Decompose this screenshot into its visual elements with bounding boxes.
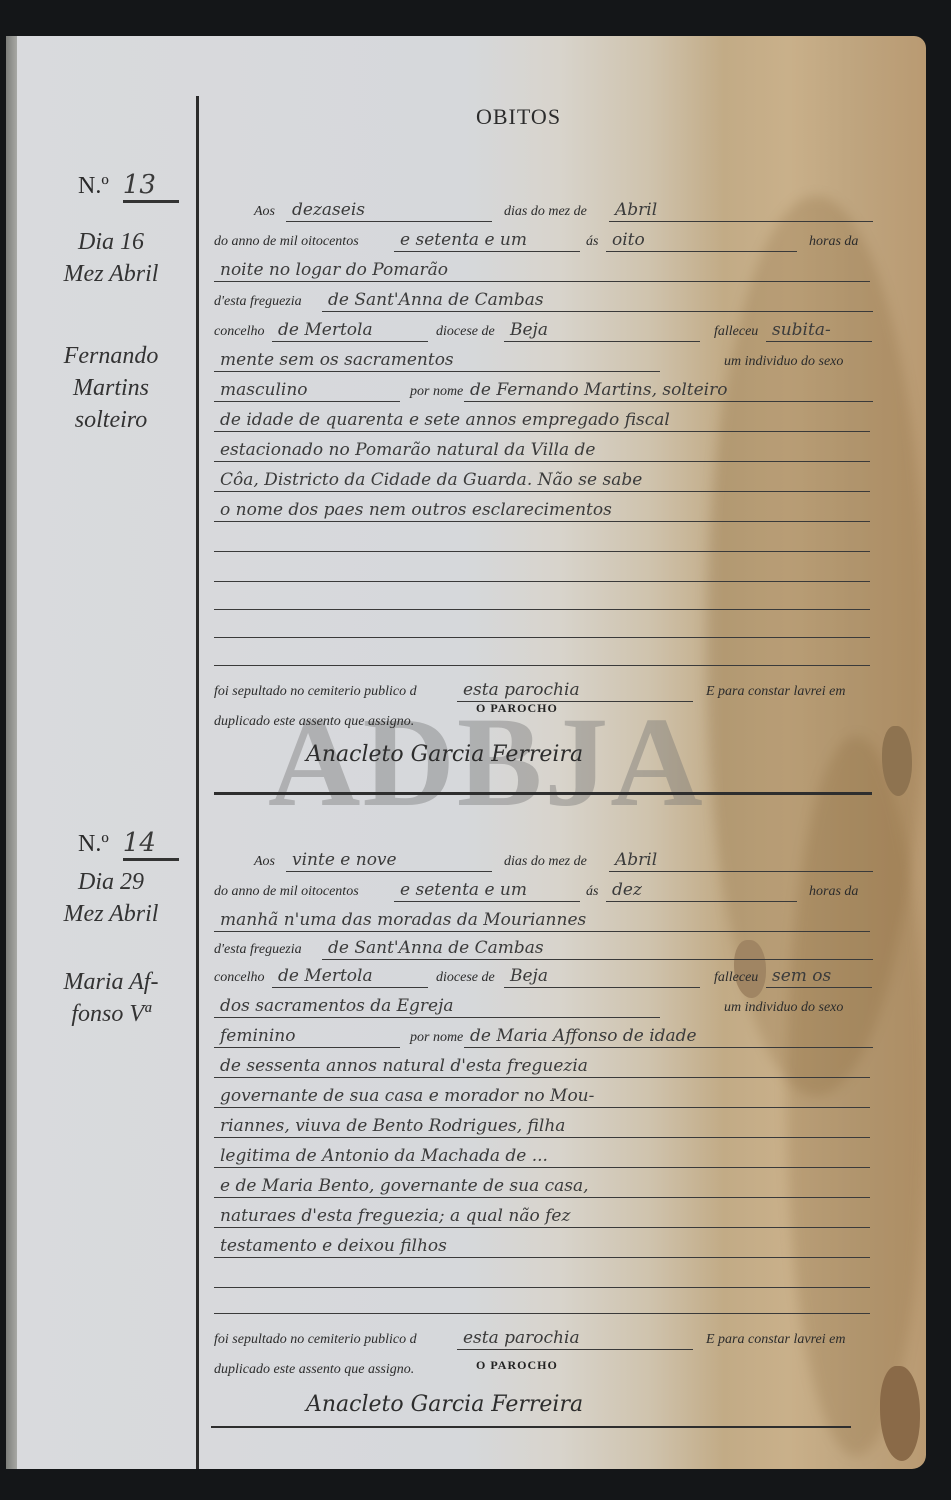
field-parish: de Sant'Anna de Cambas bbox=[322, 937, 873, 960]
text-value: riannes, viuva de Bento Rodrigues, filha bbox=[214, 1115, 870, 1138]
text-value: Côa, Districto da Cidade da Guarda. Não … bbox=[214, 469, 870, 492]
label: Aos bbox=[254, 204, 275, 220]
line-place: noite no logar do Pomarão bbox=[214, 256, 869, 284]
parocho-label: O PAROCHO bbox=[476, 701, 558, 716]
margin-rule bbox=[196, 96, 199, 1469]
line-freguezia: d'esta freguezia de Sant'Anna de Cambas bbox=[214, 934, 869, 962]
line-aos: Aos dezaseis dias do mez de Abril bbox=[214, 196, 869, 224]
label: por nome bbox=[410, 384, 463, 400]
line-concelho: concelho de Mertola diocese de Beja fall… bbox=[214, 962, 869, 990]
text-value: estacionado no Pomarão natural da Villa … bbox=[214, 439, 870, 462]
priest-signature: Anacleto Garcia Ferreira bbox=[306, 1392, 583, 1417]
field-municipality: de Mertola bbox=[272, 965, 428, 988]
label: dias do mez de bbox=[504, 854, 587, 870]
margin-name: Martins bbox=[36, 372, 186, 404]
label: falleceu bbox=[714, 324, 758, 340]
field-day: dezaseis bbox=[286, 199, 492, 222]
number-value: 14 bbox=[123, 828, 179, 861]
text-value: de sessenta annos natural d'esta freguez… bbox=[214, 1055, 870, 1078]
margin-name: fonso Vª bbox=[36, 998, 186, 1030]
blank-line bbox=[214, 556, 869, 584]
text-value: governante de sua casa e morador no Mou- bbox=[214, 1085, 870, 1108]
blank-rule bbox=[214, 1291, 870, 1314]
label: por nome bbox=[410, 1030, 463, 1046]
blank-line bbox=[214, 1262, 869, 1290]
label: concelho bbox=[214, 324, 265, 340]
line-sacraments: mente sem os sacramentos um individuo do… bbox=[214, 346, 869, 374]
blank-line bbox=[214, 640, 869, 668]
line-sexo: feminino por nome de Maria Affonso de id… bbox=[214, 1022, 869, 1050]
field-day: vinte e nove bbox=[286, 849, 492, 872]
label: um individuo do sexo bbox=[724, 354, 843, 370]
line-anno: do anno de mil oitocentos e setenta e um… bbox=[214, 876, 869, 904]
label: ás bbox=[586, 234, 598, 250]
margin-status: solteiro bbox=[36, 404, 186, 436]
margin-note: Dia 29 Mez Abril Maria Af- fonso Vª bbox=[36, 866, 186, 1030]
text-line: naturaes d'esta freguezia; a qual não fe… bbox=[214, 1202, 869, 1230]
blank-rule bbox=[214, 643, 870, 666]
label: duplicado este assento que assigno. bbox=[214, 1362, 414, 1378]
margin-name: Fernando bbox=[36, 340, 186, 372]
margin-month: Mez Abril bbox=[36, 258, 186, 290]
margin-note: Dia 16 Mez Abril Fernando Martins soltei… bbox=[36, 226, 186, 436]
label: horas da bbox=[809, 234, 858, 250]
field-cemetery: esta parochia bbox=[457, 1327, 693, 1350]
field-diocese: Beja bbox=[504, 965, 700, 988]
field-death-detail: subita- bbox=[766, 319, 872, 342]
line-sexo: masculino por nome de Fernando Martins, … bbox=[214, 376, 869, 404]
field-diocese: Beja bbox=[504, 319, 700, 342]
spacer bbox=[36, 290, 186, 340]
field-hour: oito bbox=[606, 229, 797, 252]
field-year: e setenta e um bbox=[394, 879, 580, 902]
text-line: testamento e deixou filhos bbox=[214, 1232, 869, 1260]
number-value: 13 bbox=[123, 170, 179, 203]
blank-line bbox=[214, 526, 869, 554]
text-line: e de Maria Bento, governante de sua casa… bbox=[214, 1172, 869, 1200]
label: diocese de bbox=[436, 324, 495, 340]
text-line: o nome dos paes nem outros esclareciment… bbox=[214, 496, 869, 524]
text-value: testamento e deixou filhos bbox=[214, 1235, 870, 1258]
label: falleceu bbox=[714, 970, 758, 986]
label: um individuo do sexo bbox=[724, 1000, 843, 1016]
label: E para constar lavrei em bbox=[706, 1332, 845, 1348]
label: diocese de bbox=[436, 970, 495, 986]
blank-line bbox=[214, 584, 869, 612]
field-municipality: de Mertola bbox=[272, 319, 428, 342]
line-burial: foi sepultado no cemiterio publico d est… bbox=[214, 676, 869, 704]
label: ás bbox=[586, 884, 598, 900]
text-line: de idade de quarenta e sete annos empreg… bbox=[214, 406, 869, 434]
label: dias do mez de bbox=[504, 204, 587, 220]
label: Aos bbox=[254, 854, 275, 870]
signature-rule bbox=[211, 1426, 851, 1428]
label: d'esta freguezia bbox=[214, 294, 302, 310]
line-freguezia: d'esta freguezia de Sant'Anna de Cambas bbox=[214, 286, 869, 314]
label: foi sepultado no cemiterio publico d bbox=[214, 684, 417, 700]
field-name: de Maria Affonso de idade bbox=[464, 1025, 873, 1048]
label: do anno de mil oitocentos bbox=[214, 234, 359, 250]
label: concelho bbox=[214, 970, 265, 986]
label: horas da bbox=[809, 884, 858, 900]
label: foi sepultado no cemiterio publico d bbox=[214, 1332, 417, 1348]
field-month: Abril bbox=[609, 849, 873, 872]
blank-rule bbox=[214, 559, 870, 582]
text-line: Côa, Districto da Cidade da Guarda. Não … bbox=[214, 466, 869, 494]
field-hour: dez bbox=[606, 879, 797, 902]
text-value: de idade de quarenta e sete annos empreg… bbox=[214, 409, 870, 432]
text-line: de sessenta annos natural d'esta freguez… bbox=[214, 1052, 869, 1080]
text-value: e de Maria Bento, governante de sua casa… bbox=[214, 1175, 870, 1198]
text-value: o nome dos paes nem outros esclareciment… bbox=[214, 499, 870, 522]
parocho-label: O PAROCHO bbox=[476, 1358, 558, 1373]
page-title: OBITOS bbox=[476, 104, 561, 130]
label: do anno de mil oitocentos bbox=[214, 884, 359, 900]
blank-rule bbox=[214, 1265, 870, 1288]
field-month: Abril bbox=[609, 199, 873, 222]
text-line: riannes, viuva de Bento Rodrigues, filha bbox=[214, 1112, 869, 1140]
field-cemetery: esta parochia bbox=[457, 679, 693, 702]
field-name: de Fernando Martins, solteiro bbox=[464, 379, 873, 402]
blank-line bbox=[214, 1288, 869, 1316]
text-line: legitima de Antonio da Machada de ... bbox=[214, 1142, 869, 1170]
text-line: estacionado no Pomarão natural da Villa … bbox=[214, 436, 869, 464]
margin-day: Dia 16 bbox=[36, 226, 186, 258]
line-burial: foi sepultado no cemiterio publico d est… bbox=[214, 1324, 869, 1352]
blank-rule bbox=[214, 615, 870, 638]
text-line: governante de sua casa e morador no Mou- bbox=[214, 1082, 869, 1110]
line-concelho: concelho de Mertola diocese de Beja fall… bbox=[214, 316, 869, 344]
line-place: manhã n'uma das moradas da Mouriannes bbox=[214, 906, 869, 934]
field-sex: masculino bbox=[214, 379, 400, 402]
blank-line bbox=[214, 612, 869, 640]
register-page: OBITOS ADBJA N.º 13 Dia 16 Mez Abril Fer… bbox=[6, 36, 926, 1469]
paper-damage bbox=[880, 1366, 920, 1461]
number-label: N.º bbox=[78, 831, 109, 857]
entry-separator bbox=[214, 792, 872, 795]
margin-name: Maria Af- bbox=[36, 966, 186, 998]
priest-signature: Anacleto Garcia Ferreira bbox=[306, 742, 583, 767]
spacer bbox=[36, 930, 186, 966]
entry-number: N.º 13 bbox=[78, 170, 179, 203]
blank-rule bbox=[214, 529, 870, 552]
text-value: legitima de Antonio da Machada de ... bbox=[214, 1145, 870, 1168]
margin-month: Mez Abril bbox=[36, 898, 186, 930]
text-value: naturaes d'esta freguezia; a qual não fe… bbox=[214, 1205, 870, 1228]
field-place: manhã n'uma das moradas da Mouriannes bbox=[214, 909, 870, 932]
field-parish: de Sant'Anna de Cambas bbox=[322, 289, 873, 312]
blank-rule bbox=[214, 587, 870, 610]
label: d'esta freguezia bbox=[214, 942, 302, 958]
line-sacraments: dos sacramentos da Egreja um individuo d… bbox=[214, 992, 869, 1020]
field-death-detail: sem os bbox=[766, 965, 872, 988]
paper-damage bbox=[882, 726, 912, 796]
field-sex: feminino bbox=[214, 1025, 400, 1048]
field-sacraments: dos sacramentos da Egreja bbox=[214, 995, 660, 1018]
label: duplicado este assento que assigno. bbox=[214, 714, 414, 730]
line-aos: Aos vinte e nove dias do mez de Abril bbox=[214, 846, 869, 874]
entry-number: N.º 14 bbox=[78, 828, 179, 861]
field-year: e setenta e um bbox=[394, 229, 580, 252]
margin-day: Dia 29 bbox=[36, 866, 186, 898]
number-label: N.º bbox=[78, 173, 109, 199]
field-sacraments: mente sem os sacramentos bbox=[214, 349, 660, 372]
line-anno: do anno de mil oitocentos e setenta e um… bbox=[214, 226, 869, 254]
label: E para constar lavrei em bbox=[706, 684, 845, 700]
field-place: noite no logar do Pomarão bbox=[214, 259, 870, 282]
